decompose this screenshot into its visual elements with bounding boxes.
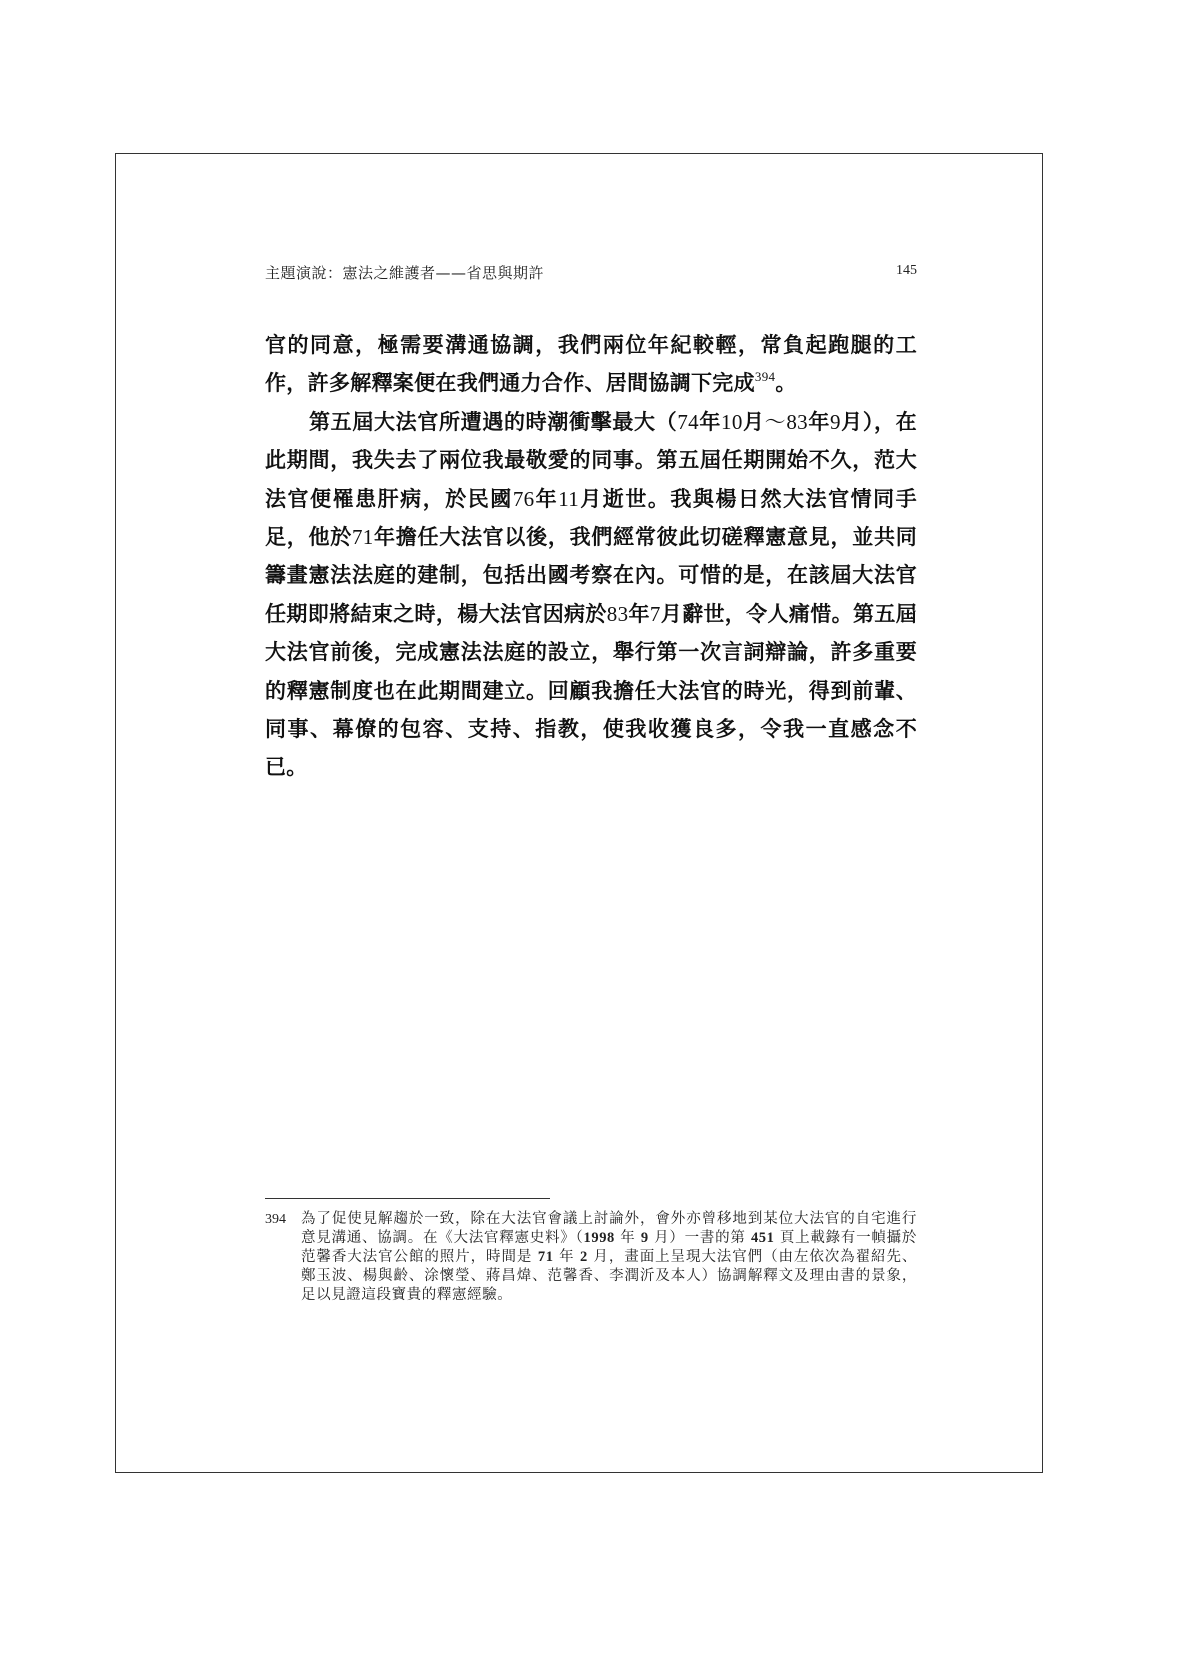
page-number: 145 <box>896 263 917 279</box>
paragraph-2: 第五屆大法官所遭遇的時潮衝擊最大（74年10月～83年9月），在此期間，我失去了… <box>265 403 917 787</box>
paragraph-1: 官的同意，極需要溝通協調，我們兩位年紀較輕，常負起跑腿的工作，許多解釋案便在我們… <box>265 326 917 403</box>
running-header: 主題演說：憲法之維護者——省思與期許 145 <box>265 262 917 282</box>
footnote-reference[interactable]: 394 <box>755 369 775 384</box>
footnote-394: 394 為了促使見解趨於一致，除在大法官會議上討論外，會外亦曾移地到某位大法官的… <box>265 1210 917 1305</box>
footnote-separator <box>265 1198 550 1199</box>
running-title: 主題演說：憲法之維護者——省思與期許 <box>265 262 544 283</box>
footnote-number: 394 <box>265 1210 286 1229</box>
footnote-text: 為了促使見解趨於一致，除在大法官會議上討論外，會外亦曾移地到某位大法官的自宅進行… <box>301 1210 917 1305</box>
body-text: 官的同意，極需要溝通協調，我們兩位年紀較輕，常負起跑腿的工作，許多解釋案便在我們… <box>265 326 917 787</box>
